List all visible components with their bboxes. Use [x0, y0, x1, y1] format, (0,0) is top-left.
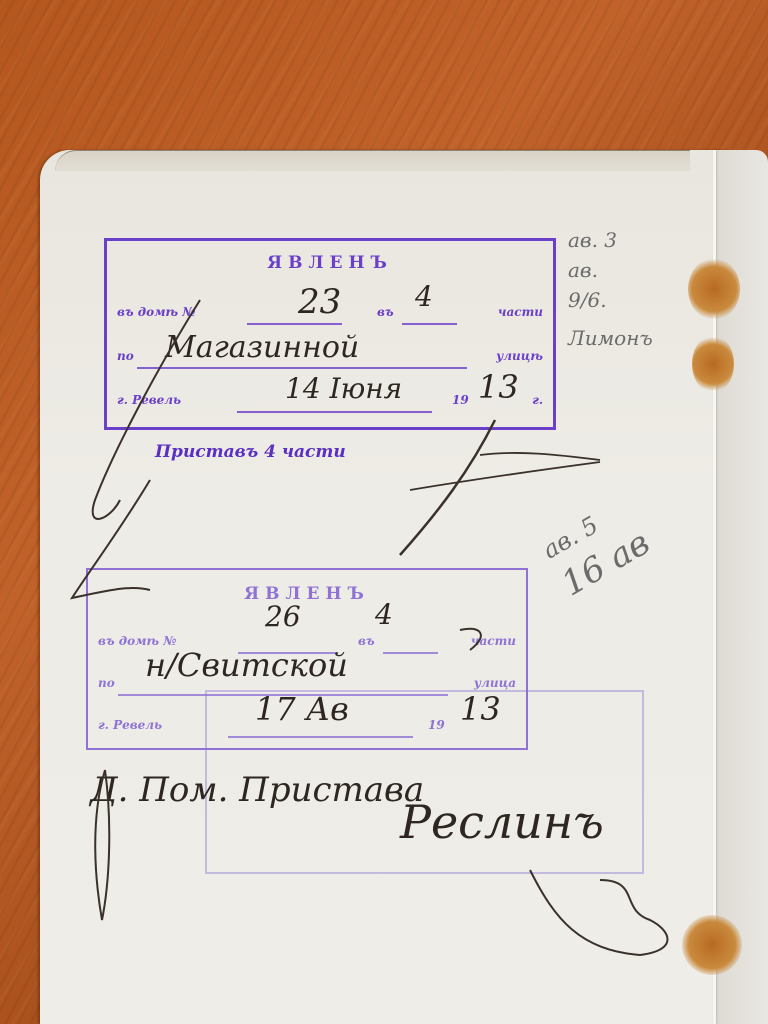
ink-strokes — [0, 0, 768, 1024]
